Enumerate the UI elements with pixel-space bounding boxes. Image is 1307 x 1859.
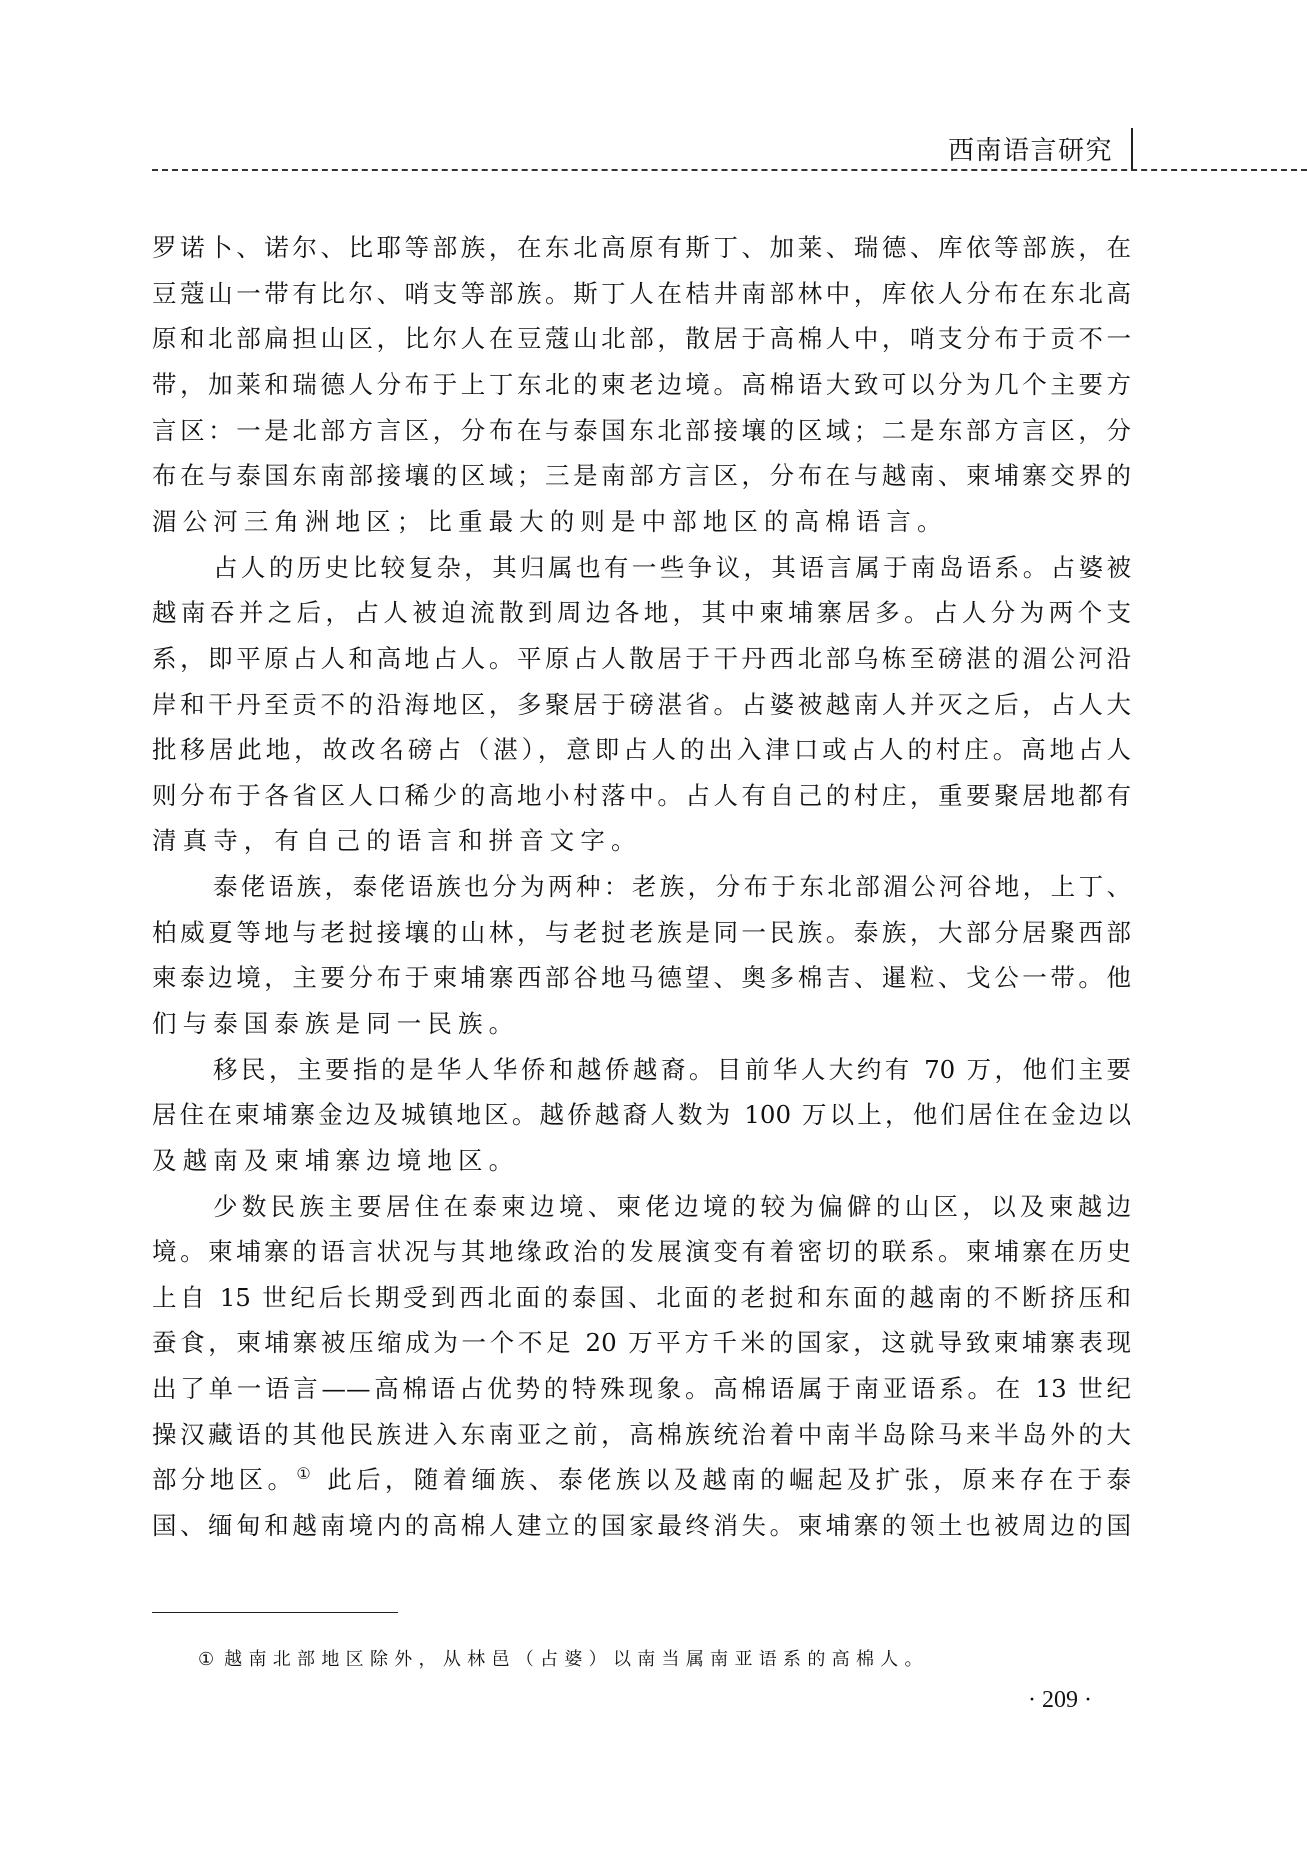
footnote: ①越南北部地区除外，从林邑（占婆）以南当属南亚语系的高棉人。 — [198, 1646, 929, 1674]
page-number: · 209 · — [1028, 1684, 1092, 1716]
body-line: 境。柬埔寨的语言状况与其地缘政治的发展演变有着密切的联系。柬埔寨在历史 — [152, 1229, 1131, 1275]
body-line: 清真寺，有自己的语言和拼音文字。 — [152, 818, 1131, 864]
body-line: 系，即平原占人和高地占人。平原占人散居于干丹西北部乌栋至磅湛的湄公河沿 — [152, 636, 1131, 682]
footnote-text: 越南北部地区除外，从林邑（占婆）以南当属南亚语系的高棉人。 — [224, 1649, 929, 1670]
running-head-title: 西南语言研究 — [948, 131, 1113, 171]
body-line: 柬泰边境，主要分布于柬埔寨西部谷地马德望、奥多棉吉、暹粒、戈公一带。他 — [152, 955, 1131, 1001]
body-line: 蚕食，柬埔寨被压缩成为一个不足 20 万平方千米的国家，这就导致柬埔寨表现 — [152, 1320, 1131, 1366]
paragraph-start-line: 移民，主要指的是华人华侨和越侨越裔。目前华人大约有 70 万，他们主要 — [213, 1047, 1131, 1093]
body-line: 布在与泰国东南部接壤的区域；三是南部方言区，分布在与越南、柬埔寨交界的 — [152, 453, 1131, 499]
body-line: 岸和干丹至贡不的沿海地区，多聚居于磅湛省。占婆被越南人并灭之后，占人大 — [152, 682, 1131, 728]
body-line: 出了单一语言——高棉语占优势的特殊现象。高棉语属于南亚语系。在 13 世纪 — [152, 1366, 1131, 1412]
body-line: 罗诺卜、诺尔、比耶等部族，在东北高原有斯丁、加莱、瑞德、库依等部族，在 — [152, 225, 1131, 271]
body-line: 居住在柬埔寨金边及城镇地区。越侨越裔人数为 100 万以上，他们居住在金边以 — [152, 1092, 1131, 1138]
body-line-with-footnote-ref: 部分地区。① 此后，随着缅族、泰佬族以及越南的崛起及扩张，原来存在于泰 — [152, 1457, 1131, 1503]
body-line: 豆蔻山一带有比尔、哨支等部族。斯丁人在桔井南部林中，库依人分布在东北高 — [152, 271, 1131, 317]
body-line: 上自 15 世纪后长期受到西北面的泰国、北面的老挝和东面的越南的不断挤压和 — [152, 1275, 1131, 1321]
body-line: 越南吞并之后，占人被迫流散到周边各地，其中柬埔寨居多。占人分为两个支 — [152, 590, 1131, 636]
body-line: 言区：一是北部方言区，分布在与泰国东北部接壤的区域；二是东部方言区，分 — [152, 408, 1131, 454]
paragraph-start-line: 少数民族主要居住在泰柬边境、柬佬边境的较为偏僻的山区，以及柬越边 — [213, 1184, 1131, 1230]
body-line: 带，加莱和瑞德人分布于上丁东北的柬老边境。高棉语大致可以分为几个主要方 — [152, 362, 1131, 408]
header-dashed-rule — [152, 169, 1307, 171]
body-line: 则分布于各省区人口稀少的高地小村落中。占人有自己的村庄，重要聚居地都有 — [152, 773, 1131, 819]
body-line: 原和北部扁担山区，比尔人在豆蔻山北部，散居于高棉人中，哨支分布于贡不一 — [152, 316, 1131, 362]
footnote-separator-rule — [152, 1612, 398, 1613]
paragraph-start-line: 泰佬语族，泰佬语族也分为两种：老族，分布于东北部湄公河谷地，上丁、 — [213, 864, 1131, 910]
body-line: 及越南及柬埔寨边境地区。 — [152, 1138, 1131, 1184]
body-line: 国、缅甸和越南境内的高棉人建立的国家最终消失。柬埔寨的领土也被周边的国 — [152, 1503, 1131, 1549]
paragraph-start-line: 占人的历史比较复杂，其归属也有一些争议，其语言属于南岛语系。占婆被 — [213, 545, 1131, 591]
footnote-reference[interactable]: ① — [296, 1464, 315, 1483]
body-line: 操汉藏语的其他民族进入东南亚之前，高棉族统治着中南半岛除马来半岛外的大 — [152, 1412, 1131, 1458]
body-line: 柏威夏等地与老挝接壤的山林，与老挝老族是同一民族。泰族，大部分居聚西部 — [152, 910, 1131, 956]
body-line-segment: 此后，随着缅族、泰佬族以及越南的崛起及扩张，原来存在于泰 — [327, 1465, 1131, 1494]
body-line: 们与泰国泰族是同一民族。 — [152, 1001, 1131, 1047]
footnote-mark: ① — [198, 1649, 214, 1670]
body-line: 湄公河三角洲地区；比重最大的则是中部地区的高棉语言。 — [152, 499, 1131, 545]
header-vertical-bar — [1131, 128, 1133, 171]
body-line: 批移居此地，故改名磅占（湛），意即占人的出入津口或占人的村庄。高地占人 — [152, 727, 1131, 773]
body-line-segment: 部分地区。 — [152, 1465, 296, 1494]
